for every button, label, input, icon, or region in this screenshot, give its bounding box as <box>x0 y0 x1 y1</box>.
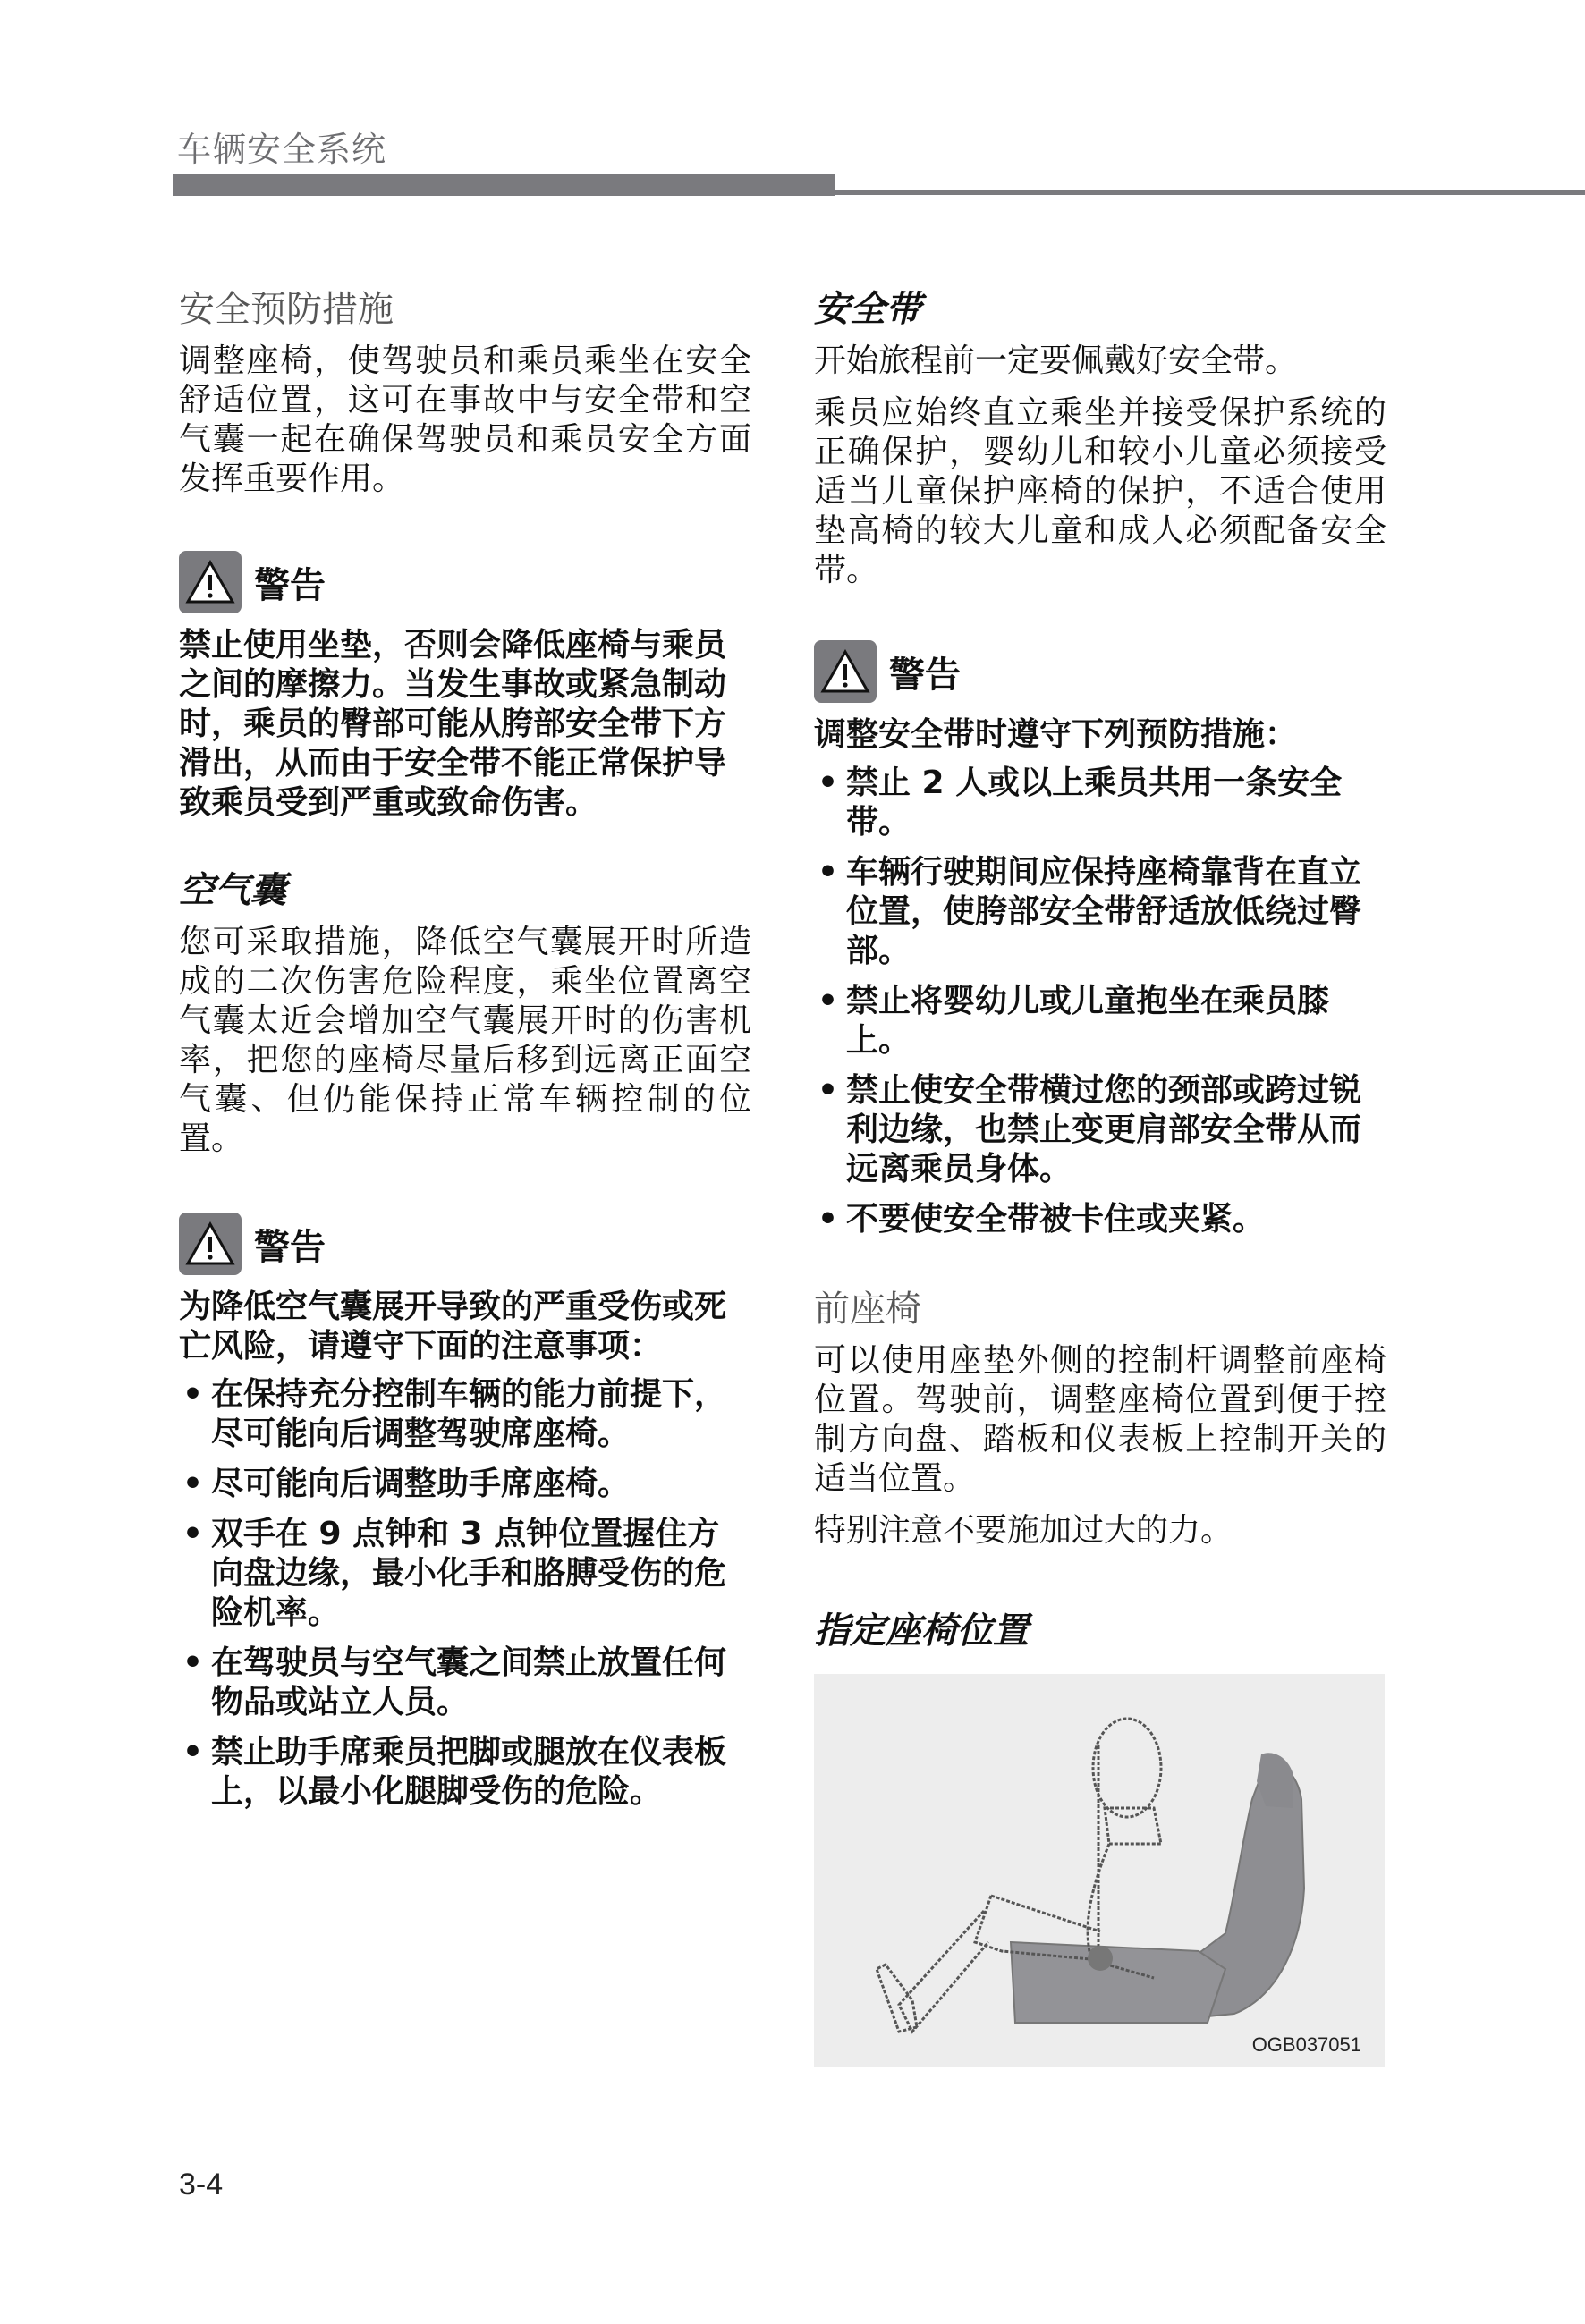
list-item: 在驾驶员与空气囊之间禁止放置任何物品或站立人员。 <box>179 1644 751 1722</box>
section-title-seating-position: 指定座椅位置 <box>814 1608 1386 1654</box>
list-item: 禁止助手席乘员把脚或腿放在仪表板上，以最小化腿脚受伤的危险。 <box>179 1733 751 1812</box>
warning-block-airbag: 警告 为降低空气囊展开导致的严重受伤或死亡风险，请遵守下面的注意事项： 在保持充… <box>179 1213 751 1812</box>
section-body-seatbelt-2: 乘员应始终直立乘坐并接受保护系统的正确保护，婴幼儿和较小儿童必须接受适当儿童保护… <box>814 393 1386 590</box>
warning-triangle-icon <box>179 551 242 613</box>
warning-label: 警告 <box>254 557 326 608</box>
warning-intro: 为降低空气囊展开导致的严重受伤或死亡风险，请遵守下面的注意事项： <box>179 1288 751 1366</box>
list-item: 不要使安全带被卡住或夹紧。 <box>814 1200 1386 1239</box>
section-body-seatbelt-1: 开始旅程前一定要佩戴好安全带。 <box>814 342 1386 381</box>
list-item: 双手在 9 点钟和 3 点钟位置握住方向盘边缘，最小化手和胳膊受伤的危险机率。 <box>179 1515 751 1633</box>
warning-label: 警告 <box>889 646 961 697</box>
list-item: 尽可能向后调整助手席座椅。 <box>179 1465 751 1504</box>
section-body-front-seat-2: 特别注意不要施加过大的力。 <box>814 1511 1386 1551</box>
warning-triangle-icon <box>179 1213 242 1275</box>
left-column: 安全预防措施 调整座椅，使驾驶员和乘员乘坐在安全舒适位置，这可在事故中与安全带和… <box>179 286 751 1822</box>
seat-position-figure: OGB037051 <box>814 1674 1385 2067</box>
warning-text: 禁止使用坐垫，否则会降低座椅与乘员之间的摩擦力。当发生事故或紧急制动时，乘员的臀… <box>179 626 751 823</box>
header-bar <box>173 174 835 196</box>
warning-list: 在保持充分控制车辆的能力前提下，尽可能向后调整驾驶席座椅。 尽可能向后调整助手席… <box>179 1375 751 1812</box>
page-number: 3-4 <box>179 2168 223 2202</box>
warning-triangle-icon <box>814 640 877 703</box>
section-body-safety-precautions: 调整座椅，使驾驶员和乘员乘坐在安全舒适位置，这可在事故中与安全带和空气囊一起在确… <box>179 342 751 499</box>
list-item: 车辆行驶期间应保持座椅靠背在直立位置，使胯部安全带舒适放低绕过臀部。 <box>814 853 1386 971</box>
section-title-seatbelt: 安全带 <box>814 286 1386 333</box>
section-title-front-seat: 前座椅 <box>814 1286 1386 1332</box>
warning-block-seatbelt: 警告 调整安全带时遵守下列预防措施： 禁止 2 人或以上乘员共用一条安全带。 车… <box>814 640 1386 1239</box>
right-column: 安全带 开始旅程前一定要佩戴好安全带。 乘员应始终直立乘坐并接受保护系统的正确保… <box>814 286 1386 2067</box>
header-line <box>821 190 1585 195</box>
section-title-airbag: 空气囊 <box>179 867 751 914</box>
section-body-airbag: 您可采取措施，降低空气囊展开时所造成的二次伤害危险程度，乘坐位置离空气囊太近会增… <box>179 923 751 1159</box>
warning-block-cushion: 警告 禁止使用坐垫，否则会降低座椅与乘员之间的摩擦力。当发生事故或紧急制动时，乘… <box>179 551 751 823</box>
chapter-title: 车辆安全系统 <box>177 122 386 171</box>
list-item: 禁止 2 人或以上乘员共用一条安全带。 <box>814 764 1386 842</box>
seated-occupant-illustration <box>814 1674 1385 2067</box>
warning-label: 警告 <box>254 1219 326 1270</box>
section-body-front-seat-1: 可以使用座垫外侧的控制杆调整前座椅位置。驾驶前，调整座椅位置到便于控制方向盘、踏… <box>814 1341 1386 1499</box>
warning-list: 禁止 2 人或以上乘员共用一条安全带。 车辆行驶期间应保持座椅靠背在直立位置，使… <box>814 764 1386 1239</box>
section-title-safety-precautions: 安全预防措施 <box>179 286 751 333</box>
list-item: 在保持充分控制车辆的能力前提下，尽可能向后调整驾驶席座椅。 <box>179 1375 751 1454</box>
figure-caption: OGB037051 <box>1252 2033 1361 2057</box>
warning-intro: 调整安全带时遵守下列预防措施： <box>814 715 1386 755</box>
list-item: 禁止将婴幼儿或儿童抱坐在乘员膝上。 <box>814 982 1386 1061</box>
list-item: 禁止使安全带横过您的颈部或跨过锐利边缘，也禁止变更肩部安全带从而远离乘员身体。 <box>814 1071 1386 1189</box>
